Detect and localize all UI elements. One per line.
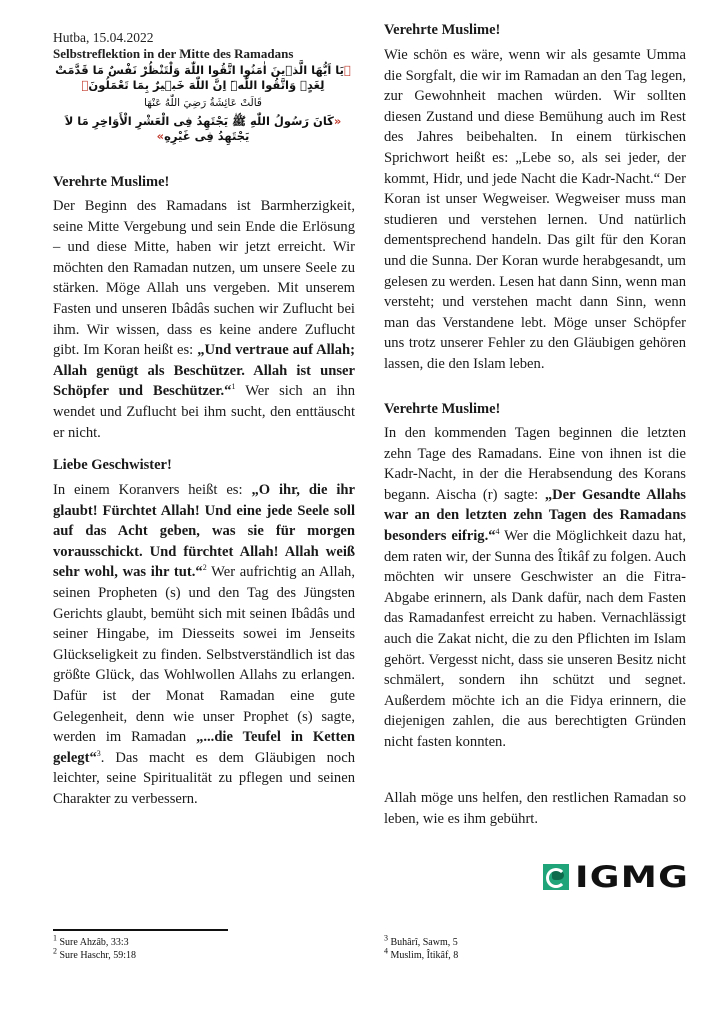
footnote-1: 1 Sure Ahzâb, 33:3 bbox=[53, 937, 129, 949]
section-heading: Verehrte Muslime! bbox=[53, 173, 169, 191]
footnote-4: 4 Muslim, Îtikâf, 8 bbox=[384, 950, 458, 962]
hadith-arabic: «كَانَ رَسُولُ اللّٰهِ ﷺ يَجْتَهِدُ فِى … bbox=[53, 114, 353, 144]
hadith-close-quote: » bbox=[157, 129, 164, 143]
verse-open-bracket: ﴿ bbox=[344, 63, 351, 77]
footnote-text: Buhârî, Sawm, 5 bbox=[388, 937, 458, 948]
hadith-narrator-arabic: قَالَتْ عَائِشَةُ رَضِيَ اللّٰهُ عَنْهَا bbox=[53, 96, 353, 111]
hadith-open-quote: « bbox=[334, 114, 341, 128]
section-heading: Verehrte Muslime! bbox=[384, 400, 500, 418]
paragraph-text: In einem Koranvers heißt es: bbox=[53, 482, 251, 498]
footnote-text: Sure Ahzâb, 33:3 bbox=[57, 937, 129, 948]
closing-paragraph: Allah möge uns helfen, den restlichen Ra… bbox=[384, 788, 686, 829]
section-heading: Liebe Geschwister! bbox=[53, 456, 172, 474]
footnote-2: 2 Sure Haschr, 59:18 bbox=[53, 950, 136, 962]
footnote-text: Sure Haschr, 59:18 bbox=[57, 950, 136, 961]
paragraph-text: Der Beginn des Ramadans ist Barmherzigke… bbox=[53, 198, 355, 358]
paragraph-text: Wer die Möglichkeit dazu hat, dem raten … bbox=[384, 528, 686, 750]
footnote-3: 3 Buhârî, Sawm, 5 bbox=[384, 937, 458, 949]
document-page: Hutba, 15.04.2022 Selbstreflektion in de… bbox=[0, 0, 724, 1024]
sermon-date: Hutba, 15.04.2022 bbox=[53, 29, 154, 46]
paragraph: Wie schön es wäre, wenn wir als gesamte … bbox=[384, 45, 686, 375]
paragraph: In den kommenden Tagen beginnen die letz… bbox=[384, 423, 686, 753]
igmg-logo: IGMG bbox=[543, 862, 683, 892]
footnote-text: Muslim, Îtikâf, 8 bbox=[388, 950, 458, 961]
hadith-text: كَانَ رَسُولُ اللّٰهِ ﷺ يَجْتَهِدُ فِى ا… bbox=[65, 114, 334, 143]
paragraph-text: Wer aufrichtig an Allah, seinen Prophete… bbox=[53, 564, 355, 745]
paragraph-text: . Das macht es dem Gläubigen noch leicht… bbox=[53, 750, 355, 807]
paragraph: In einem Koranvers heißt es: „O ihr, die… bbox=[53, 480, 355, 810]
quran-verse-arabic: ﴿يَا اَيُّهَا الَّذ۪ينَ اٰمَنُوا اتَّقُو… bbox=[53, 63, 353, 93]
crescent-globe-icon bbox=[543, 864, 569, 890]
section-heading: Verehrte Muslime! bbox=[384, 21, 500, 39]
logo-text: IGMG bbox=[575, 862, 689, 892]
footnote-divider bbox=[53, 929, 228, 931]
verse-text: يَا اَيُّهَا الَّذ۪ينَ اٰمَنُوا اتَّقُوا… bbox=[55, 63, 344, 92]
paragraph: Der Beginn des Ramadans ist Barmherzigke… bbox=[53, 196, 355, 443]
sermon-title: Selbstreflektion in der Mitte des Ramada… bbox=[53, 46, 293, 62]
